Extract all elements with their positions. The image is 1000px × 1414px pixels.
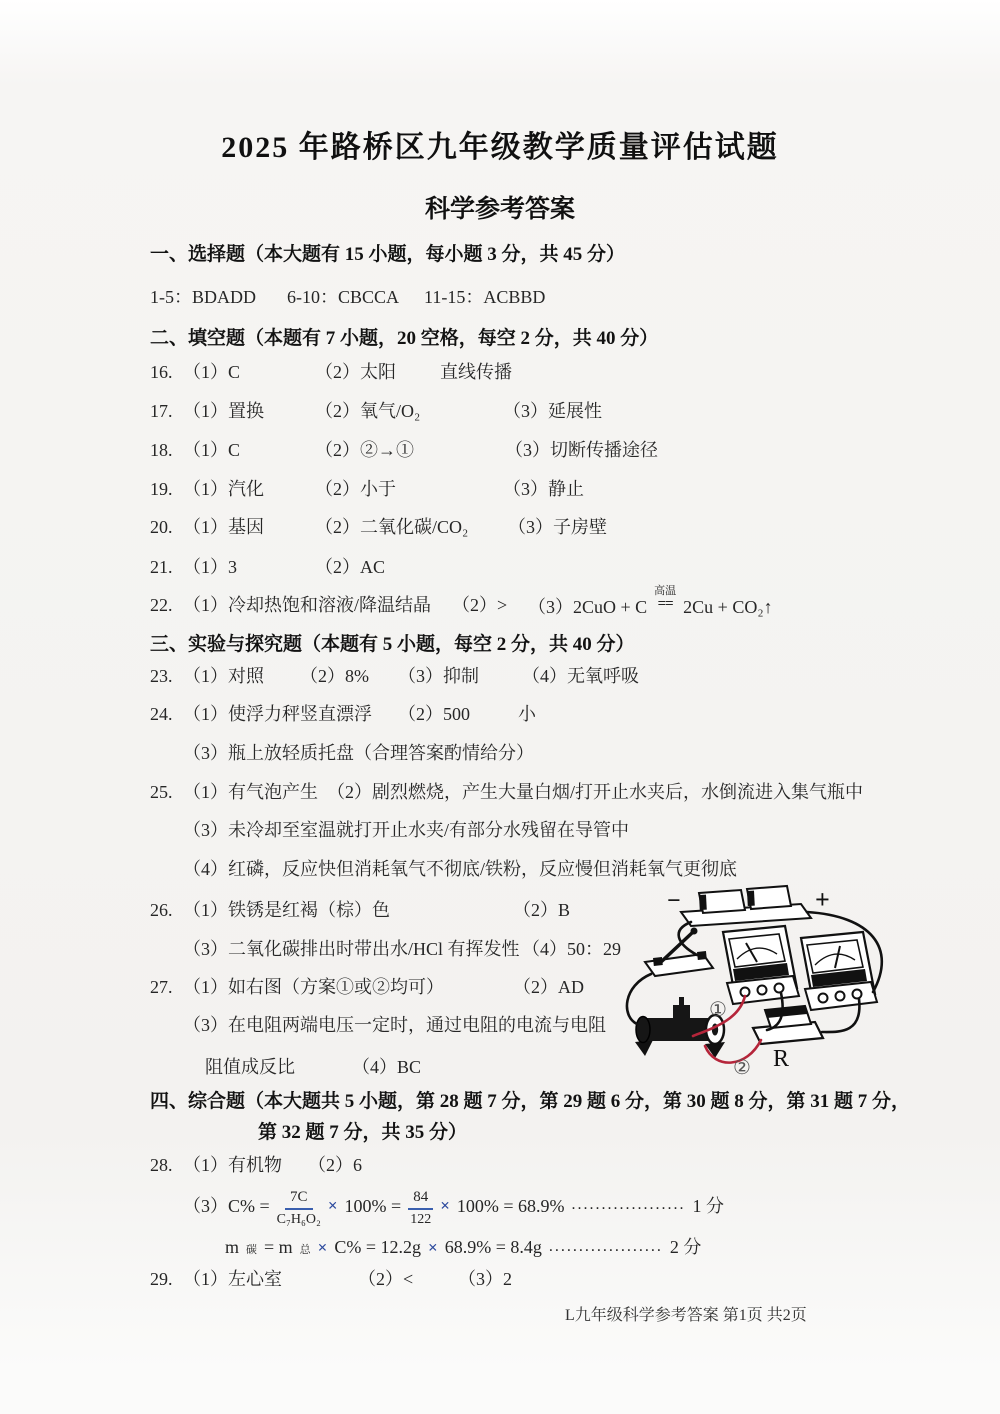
q22-equation: （3）2CuO + C 高温 == 2Cu + CO₂↑ — [528, 595, 773, 621]
page-footer: L九年级科学参考答案 第1页 共2页 — [565, 1306, 807, 1325]
section4-heading-line2: 第 32 题 7 分，共 35 分） — [258, 1122, 467, 1145]
q23-part3: （3）抑制 — [398, 666, 479, 688]
q22-part2: （2）> — [452, 595, 507, 617]
q28-formula-line2: m碳 = m总 × C% = 12.2g × 68.9% = 8.4g ....… — [225, 1237, 701, 1259]
fraction-1: 7C C₇H₆O₂ — [277, 1190, 321, 1227]
q24-part2b: 小 — [518, 704, 536, 726]
q25-num: 25. — [150, 782, 173, 804]
q25-part4: （4）红磷，反应快但消耗氧气不彻底/铁粉，反应慢但消耗氧气更彻底 — [183, 859, 737, 881]
q22-equation-left: （3）2CuO + C — [528, 597, 647, 619]
dotted-leader: ................... — [549, 1237, 663, 1256]
q17-part1: （1）置换 — [183, 401, 264, 423]
q17-num: 17. — [150, 401, 173, 423]
mass-symbol: m — [225, 1237, 239, 1259]
q24-part2: （2）500 — [398, 704, 470, 726]
wire-option-2-label: ② — [733, 1057, 751, 1079]
q19-part2: （2）小于 — [315, 479, 396, 501]
q25-part1: （1）有气泡产生 — [183, 782, 318, 804]
q18-part2: （2）②→① — [315, 440, 414, 462]
ammeter — [723, 926, 799, 1004]
q23-part1: （1）对照 — [183, 666, 264, 688]
q22-equation-right: 2Cu + CO₂↑ — [683, 597, 772, 619]
q26-part1: （1）铁锈是红褐（棕）色 — [183, 900, 390, 922]
q16-part2: （2）太阳 — [315, 362, 396, 384]
section2-heading: 二、填空题（本题有 7 小题，20 空格，每空 2 分，共 40 分） — [150, 328, 658, 351]
section4-heading-line1: 四、综合题（本大题共 5 小题，第 28 题 7 分，第 29 题 6 分，第 … — [150, 1091, 910, 1114]
q25-part2: （2）剧烈燃烧，产生大量白烟/打开止水夹后，水倒流进入集气瓶中 — [327, 782, 863, 804]
q27-part4: （4）BC — [352, 1057, 421, 1079]
battery-minus-label: − — [667, 888, 681, 914]
choice-answers-6-10: 6-10：CBCCA — [287, 287, 399, 309]
resistor-label: R — [773, 1046, 789, 1072]
page-title: 2025 年路桥区九年级教学质量评估试题 — [0, 130, 1000, 166]
q28-part2: （2）6 — [308, 1155, 362, 1177]
q28-formula-line1: （3）C% = 7C C₇H₆O₂ × 100% = 84 122 × 100%… — [183, 1188, 724, 1225]
q27-part3: （3）在电阻两端电压一定时，通过电阻的电流与电阻 — [183, 1015, 606, 1037]
wire-option-1-label: ① — [709, 999, 727, 1021]
q23-part2: （2）8% — [300, 666, 369, 688]
q19-part1: （1）汽化 — [183, 479, 264, 501]
q26-num: 26. — [150, 900, 173, 922]
q26-part3: （3）二氧化碳排出时带出水/HCl 有挥发性 — [183, 939, 520, 961]
choice-answers-1-5: 1-5：BDADD — [150, 287, 256, 309]
q18-part3: （3）切断传播途径 — [505, 440, 658, 462]
q27-part2: （2）AD — [513, 977, 584, 999]
q17-part3: （3）延展性 — [503, 401, 602, 423]
fraction-2: 84 122 — [408, 1190, 433, 1227]
q20-part3: （3）子房壁 — [508, 517, 607, 539]
mass-mid: C% = 12.2g — [334, 1237, 421, 1259]
score-1: 1 分 — [693, 1196, 725, 1218]
battery-pack: − + — [667, 885, 830, 926]
q17-part2: （2）氧气/O₂ — [315, 401, 420, 423]
q22-part1: （1）冷却热饱和溶液/降温结晶 — [183, 595, 431, 617]
battery-plus-label: + — [815, 885, 830, 914]
formula-lead: （3）C% = — [183, 1196, 270, 1218]
mass-subscript-carbon: 碳 — [246, 1244, 257, 1257]
q25-part3: （3）未冷却至室温就打开止水夹/有部分水残留在导管中 — [183, 820, 629, 842]
q21-part1: （1）3 — [183, 557, 237, 579]
page-subtitle: 科学参考答案 — [0, 195, 1000, 225]
q28-num: 28. — [150, 1155, 173, 1177]
dotted-leader: ................... — [572, 1195, 686, 1214]
q24-part1: （1）使浮力秤竖直漂浮 — [183, 704, 372, 726]
answer-sheet-page: 2025 年路桥区九年级教学质量评估试题 科学参考答案 一、选择题（本大题有 1… — [0, 0, 1000, 1414]
section3-heading: 三、实验与探究题（本题有 5 小题，每空 2 分，共 40 分） — [150, 634, 635, 657]
q28-part1: （1）有机物 — [183, 1155, 282, 1177]
q26-part2: （2）B — [513, 900, 570, 922]
mass-subscript-total: 总 — [300, 1244, 311, 1257]
q23-part4: （4）无氧呼吸 — [522, 666, 639, 688]
section1-heading: 一、选择题（本大题有 15 小题，每小题 3 分，共 45 分） — [150, 244, 625, 267]
q20-num: 20. — [150, 517, 173, 539]
q16-part2b: 直线传播 — [440, 362, 512, 384]
voltmeter — [801, 932, 877, 1010]
formula-result: 100% = 68.9% — [457, 1196, 565, 1218]
resistor: R — [753, 1006, 823, 1072]
mass-result: 68.9% = 8.4g — [445, 1237, 542, 1259]
q29-part3: （3）2 — [458, 1269, 512, 1291]
score-2: 2 分 — [670, 1237, 702, 1259]
q29-num: 29. — [150, 1269, 173, 1291]
q18-num: 18. — [150, 440, 173, 462]
q19-part3: （3）静止 — [503, 479, 584, 501]
reaction-condition: 高温 == — [654, 586, 676, 612]
q21-part2: （2）AC — [315, 557, 385, 579]
q26-part4: （4）50：29 — [522, 939, 621, 961]
q16-part1: （1）C — [183, 362, 240, 384]
q20-part2: （2）二氧化碳/CO₂ — [315, 517, 468, 539]
mass-eq: = m — [264, 1237, 293, 1259]
q23-num: 23. — [150, 666, 173, 688]
circuit-diagram: − + — [615, 882, 1000, 1082]
q16-num: 16. — [150, 362, 173, 384]
q27-part1: （1）如右图（方案①或②均可） — [183, 977, 444, 999]
q22-num: 22. — [150, 595, 173, 617]
multiply-sign: × — [328, 1196, 338, 1216]
multiply-sign: × — [428, 1238, 438, 1258]
q19-num: 19. — [150, 479, 173, 501]
q24-num: 24. — [150, 704, 173, 726]
q18-part1: （1）C — [183, 440, 240, 462]
q29-part1: （1）左心室 — [183, 1269, 282, 1291]
q29-part2: （2）< — [358, 1269, 413, 1291]
q27-part3b: 阻值成反比 — [205, 1057, 295, 1079]
q27-num: 27. — [150, 977, 173, 999]
q24-part3: （3）瓶上放轻质托盘（合理答案酌情给分） — [183, 743, 534, 765]
q21-num: 21. — [150, 557, 173, 579]
multiply-sign: × — [440, 1196, 450, 1216]
choice-answers-11-15: 11-15：ACBBD — [424, 287, 545, 309]
q20-part1: （1）基因 — [183, 517, 264, 539]
multiply-sign: × — [318, 1238, 328, 1258]
formula-mid: 100% = — [345, 1196, 402, 1218]
